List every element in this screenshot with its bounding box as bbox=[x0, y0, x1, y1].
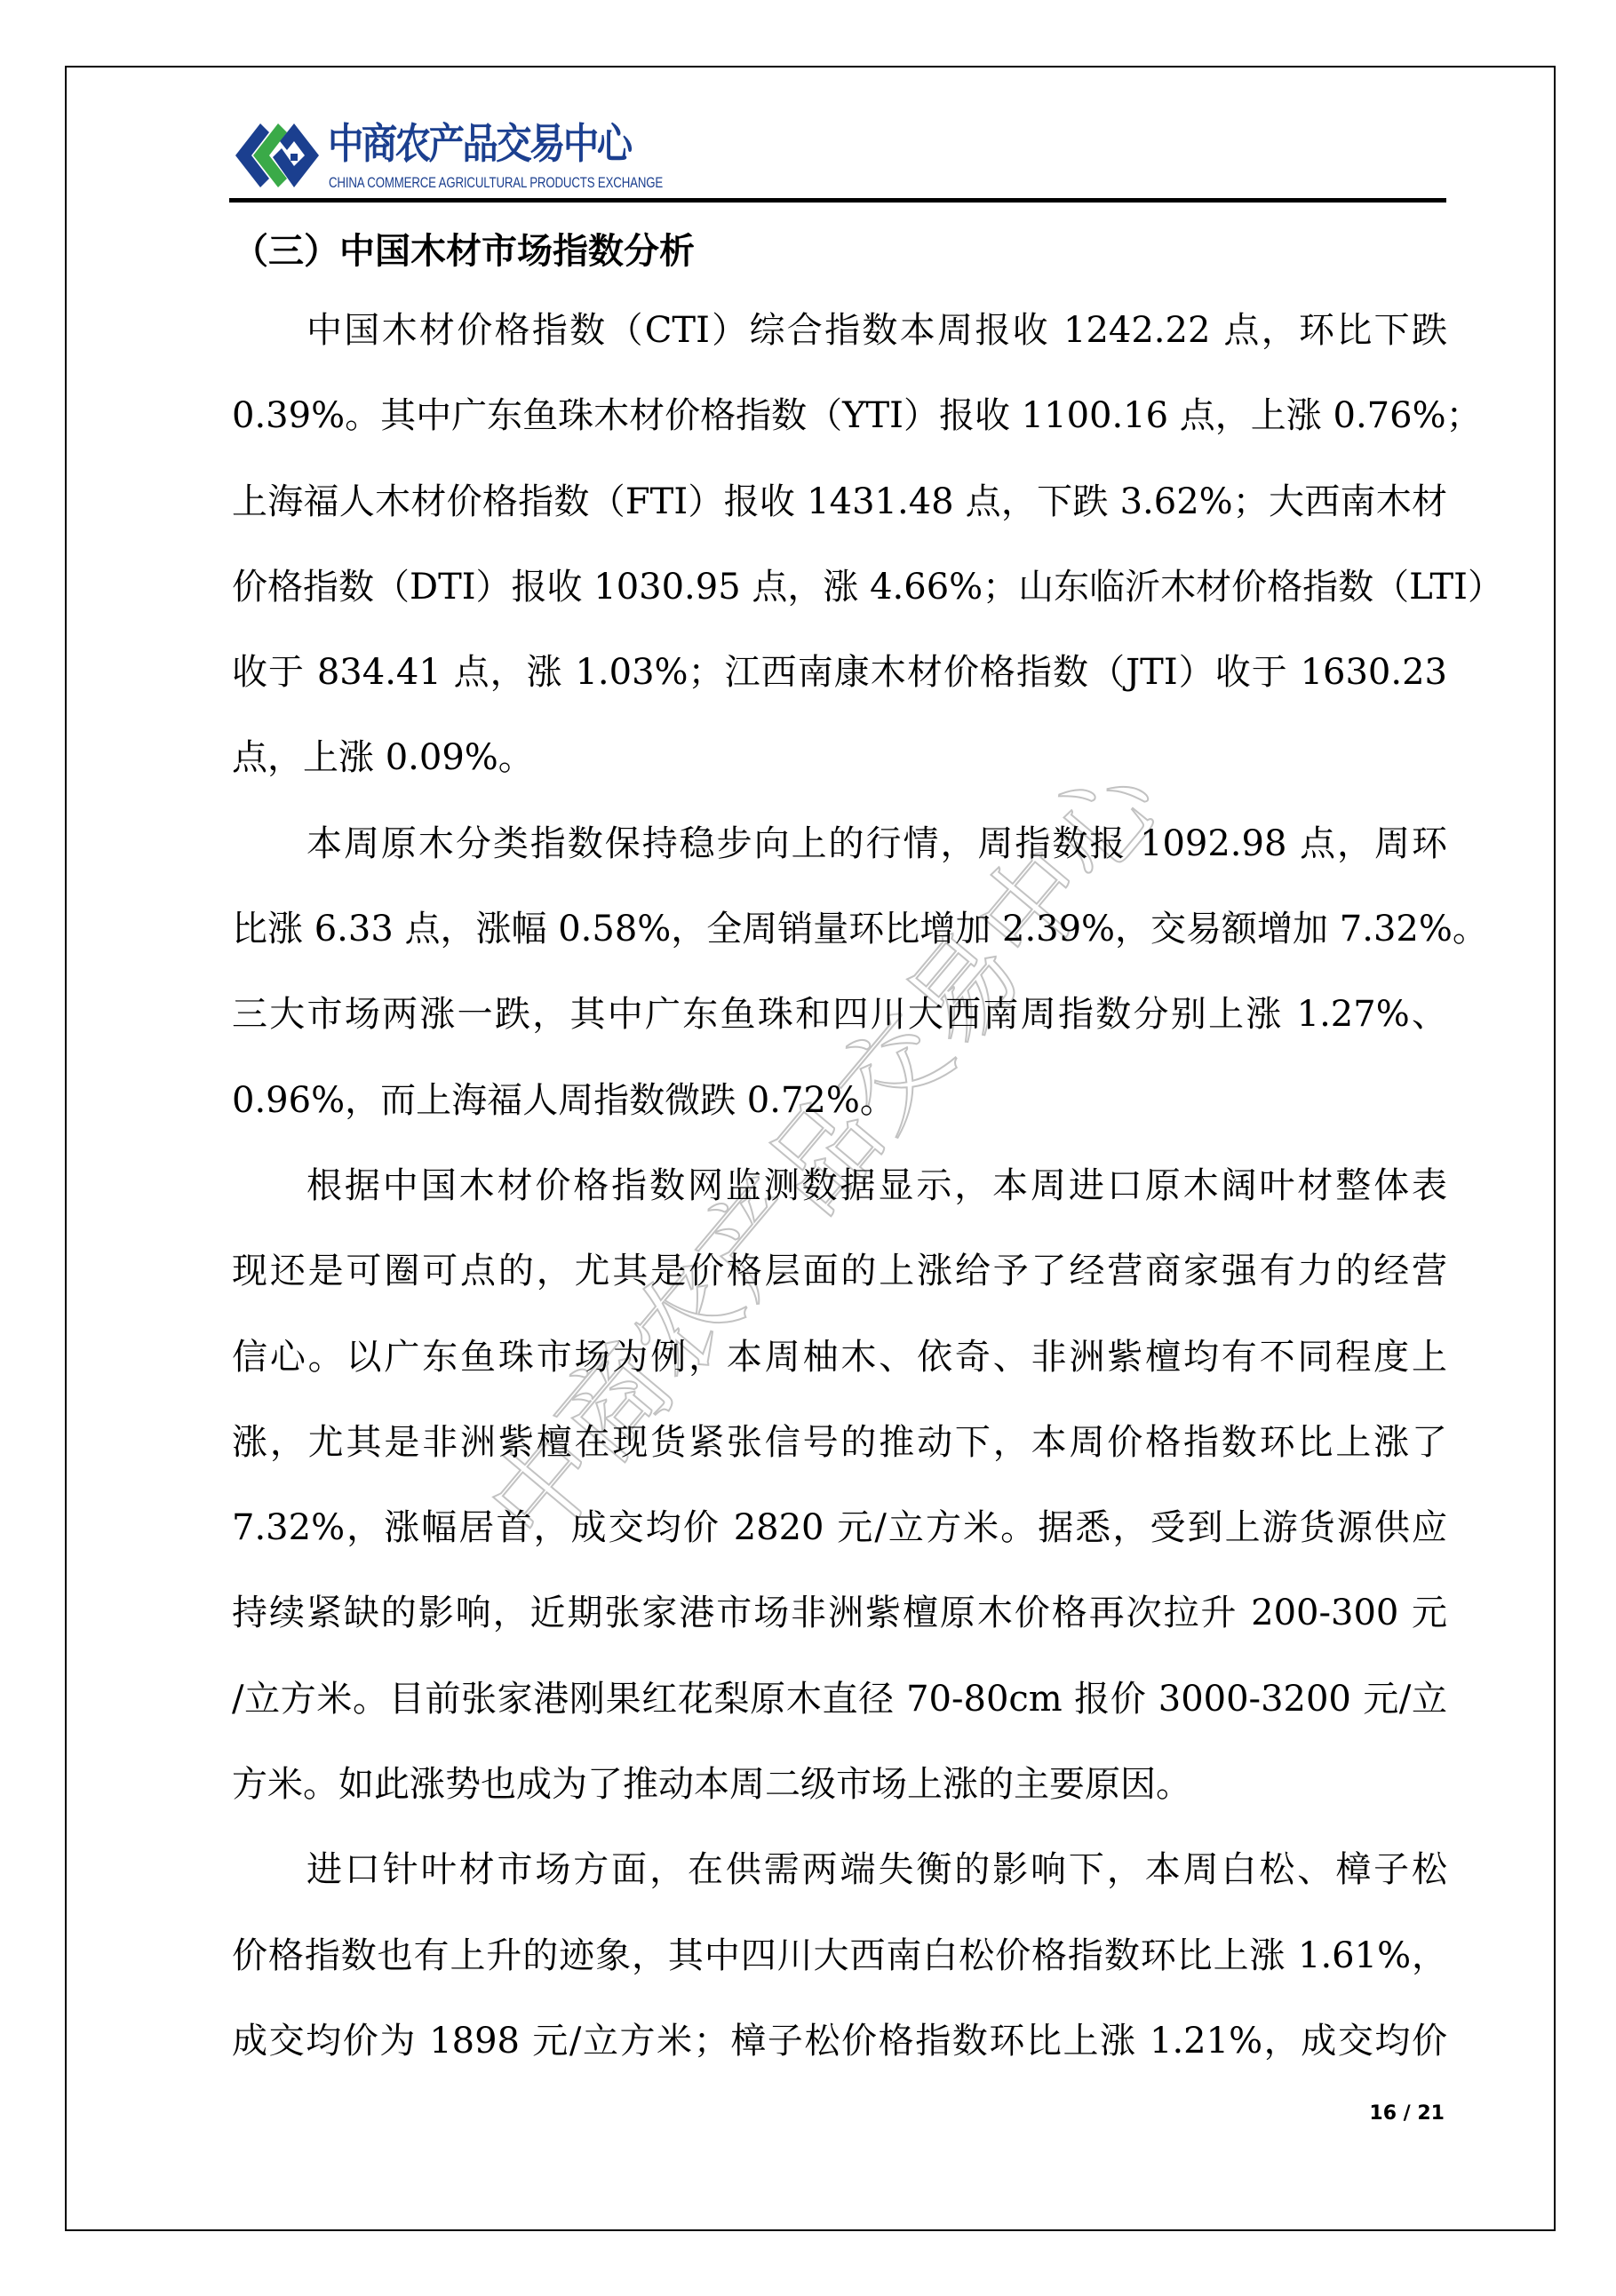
paragraph-cti-summary: 中国木材价格指数（CTI）综合指数本周报收 1242.22 点，环比下跌 0.3… bbox=[232, 288, 1447, 801]
text-line: 本周原木分类指数保持稳步向上的行情，周指数报 1092.98 点，周环 bbox=[232, 801, 1447, 886]
text-line: 涨，尤其是非洲紫檀在现货紧张信号的推动下，本周价格指数环比上涨了 bbox=[232, 1400, 1447, 1485]
text-line: 进口针叶材市场方面，在供需两端失衡的影响下，本周白松、樟子松 bbox=[232, 1827, 1447, 1912]
text-line: 成交均价为 1898 元/立方米；樟子松价格指数环比上涨 1.21%，成交均价 bbox=[232, 1998, 1447, 2084]
text-line: /立方米。目前张家港刚果红花梨原木直径 70-80cm 报价 3000-3200… bbox=[232, 1656, 1447, 1742]
text-line: 现还是可圈可点的，尤其是价格层面的上涨给予了经营商家强有力的经营 bbox=[232, 1228, 1447, 1314]
text-line: 上海福人木材价格指数（FTI）报收 1431.48 点，下跌 3.62%；大西南… bbox=[232, 459, 1447, 544]
text-line: 价格指数（DTI）报收 1030.95 点，涨 4.66%；山东临沂木材价格指数… bbox=[232, 544, 1447, 630]
text-line: 中国木材价格指数（CTI）综合指数本周报收 1242.22 点，环比下跌 bbox=[232, 288, 1447, 373]
text-line: 比涨 6.33 点，涨幅 0.58%，全周销量环比增加 2.39%，交易额增加 … bbox=[232, 886, 1447, 972]
text-line: 收于 834.41 点，涨 1.03%；江西南康木材价格指数（JTI）收于 16… bbox=[232, 630, 1447, 715]
header-logo: 中商农产品交易中心 CHINA COMMERCE AGRICULTURAL PR… bbox=[234, 119, 651, 194]
logo-english-name: CHINA COMMERCE AGRICULTURAL PRODUCTS EXC… bbox=[329, 175, 663, 191]
paragraph-log-index: 本周原木分类指数保持稳步向上的行情，周指数报 1092.98 点，周环 比涨 6… bbox=[232, 801, 1447, 1143]
header-divider bbox=[229, 198, 1446, 203]
text-line: 点，上涨 0.09%。 bbox=[232, 715, 1447, 800]
paragraph-hardwood: 根据中国木材价格指数网监测数据显示，本周进口原木阔叶材整体表 现还是可圈可点的，… bbox=[232, 1143, 1447, 1827]
text-line: 三大市场两涨一跌，其中广东鱼珠和四川大西南周指数分别上涨 1.27%、 bbox=[232, 972, 1447, 1057]
body-text: 中国木材价格指数（CTI）综合指数本周报收 1242.22 点，环比下跌 0.3… bbox=[232, 288, 1447, 2084]
text-line: 7.32%，涨幅居首，成交均价 2820 元/立方米。据悉，受到上游货源供应 bbox=[232, 1485, 1447, 1570]
paragraph-softwood: 进口针叶材市场方面，在供需两端失衡的影响下，本周白松、樟子松 价格指数也有上升的… bbox=[232, 1827, 1447, 2084]
page-number: 16 / 21 bbox=[1359, 2101, 1445, 2127]
text-line: 0.96%，而上海福人周指数微跌 0.72%。 bbox=[232, 1058, 1447, 1143]
text-line: 持续紧缺的影响，近期张家港市场非洲紫檀原木价格再次拉升 200-300 元 bbox=[232, 1570, 1447, 1656]
section-heading: （三）中国木材市场指数分析 bbox=[233, 229, 695, 274]
text-line: 方米。如此涨势也成为了推动本周二级市场上涨的主要原因。 bbox=[232, 1742, 1447, 1827]
text-line: 信心。以广东鱼珠市场为例，本周柚木、依奇、非洲紫檀均有不同程度上 bbox=[232, 1315, 1447, 1400]
logo-chinese-name: 中商农产品交易中心 bbox=[328, 119, 631, 171]
ccg-logo-icon bbox=[234, 122, 321, 189]
text-line: 0.39%。其中广东鱼珠木材价格指数（YTI）报收 1100.16 点，上涨 0… bbox=[232, 373, 1447, 458]
text-line: 根据中国木材价格指数网监测数据显示，本周进口原木阔叶材整体表 bbox=[232, 1143, 1447, 1228]
text-line: 价格指数也有上升的迹象，其中四川大西南白松价格指数环比上涨 1.61%， bbox=[232, 1913, 1447, 1998]
